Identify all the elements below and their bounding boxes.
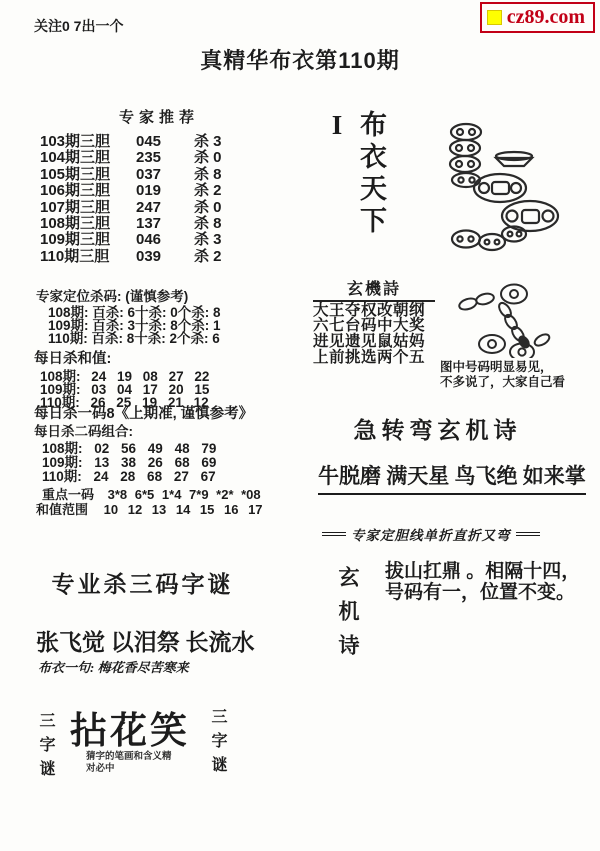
poem-line: 大王夺权改朝纲: [313, 303, 435, 318]
coin-figure-1: [444, 106, 560, 254]
buyi-sentence: 布衣一句: 梅花香尽苦寒来: [38, 657, 189, 676]
period-label: 107期三胆: [40, 200, 136, 216]
list-item: 110期: 24 28 68 27 67: [34, 470, 294, 484]
double-line-left: [322, 532, 346, 536]
sharp-turn-header: 急转弯玄机诗: [310, 412, 565, 445]
buyi-tianxia-vertical-title: 布衣天下I: [321, 110, 391, 270]
list-item: 108期: 02 56 49 48 79: [34, 442, 294, 456]
list-item: 108期: 百杀: 6十杀: 0个杀: 8: [36, 306, 296, 319]
table-row: 104期三胆 235 杀 0: [40, 150, 278, 166]
expert-recommend-rows: 103期三胆 045 杀 3 104期三胆 235 杀 0 105期三胆 037…: [40, 134, 278, 265]
table-row: 105期三胆 037 杀 8: [40, 167, 278, 183]
sum-range-line: 和值范围 10 12 13 14 15 16 17: [36, 499, 263, 518]
divider-text: 专家定胆线单折直折又弯: [351, 524, 511, 544]
figure-caption-line1: 图中号码明显易见，: [440, 360, 565, 375]
site-badge-text: cz89.com: [507, 6, 585, 29]
table-row: 107期三胆 247 杀 0: [40, 200, 278, 216]
dan-numbers: 137: [136, 216, 194, 232]
xuanji2-line1: 拔山扛鼎 。相隔十四，: [385, 561, 580, 582]
daily-kill-two-header: 每日杀二码组合:: [34, 420, 294, 440]
kill-value: 杀 0: [194, 150, 278, 166]
table-row: 110期三胆 039 杀 2: [40, 249, 278, 265]
dan-numbers: 019: [136, 183, 194, 199]
daily-kill-sum-section: 每日杀和值: 108期: 24 19 08 27 22 109期: 03 04 …: [34, 347, 294, 409]
kill-value: 杀 3: [194, 134, 278, 150]
table-row: 106期三胆 019 杀 2: [40, 183, 278, 199]
riddle-section-header: 专业杀三码字谜: [40, 566, 245, 599]
figure-caption: 图中号码明显易见， 不多说了，大家自己看: [440, 360, 565, 390]
dan-numbers: 046: [136, 232, 194, 248]
period-label: 109期三胆: [40, 232, 136, 248]
sharp-turn-line: 牛脱磨 满天星 鸟飞绝 如来掌: [318, 460, 586, 495]
dan-numbers: 039: [136, 249, 194, 265]
sum-range-value: 10 12 13 14 15 16 17: [104, 502, 263, 517]
table-row: 103期三胆 045 杀 3: [40, 134, 278, 150]
poem-line: 六七台码中大奖: [313, 318, 435, 333]
top-note: 关注0 7出一个: [34, 16, 123, 36]
expert-recommend-header: 专家推荐: [40, 106, 278, 127]
list-item: 109期: 百杀: 3十杀: 8个杀: 1: [36, 319, 296, 332]
dan-numbers: 235: [136, 150, 194, 166]
sum-range-label: 和值范围: [36, 502, 88, 517]
xuanji2-line2: 号码有一，位置不变。: [385, 582, 580, 603]
riddle-footnote: 猜字的笔画和含义精 对必中: [86, 751, 172, 775]
riddle-footnote-line1: 猜字的笔画和含义精: [86, 751, 172, 763]
list-item: 109期: 13 38 26 68 69: [34, 456, 294, 470]
dan-numbers: 037: [136, 167, 194, 183]
kill-value: 杀 8: [194, 216, 278, 232]
coin-figure-2: [452, 282, 564, 358]
figure-caption-line2: 不多说了，大家自己看: [440, 375, 565, 390]
xuanji2-text: 拔山扛鼎 。相隔十四， 号码有一，位置不变。: [385, 561, 580, 603]
period-label: 110期三胆: [40, 249, 136, 265]
daily-kill-sum-header: 每日杀和值:: [34, 347, 294, 368]
xuanji2-vertical-label: 玄机诗: [332, 566, 362, 686]
divider-line: 专家定胆线单折直折又弯: [322, 524, 584, 544]
double-line-right: [516, 532, 540, 536]
position-kill-section: 专家定位杀码: (谨慎参考) 108期: 百杀: 6十杀: 0个杀: 8 109…: [36, 290, 296, 345]
list-item: 110期: 百杀: 8十杀: 2个杀: 6: [36, 332, 296, 345]
site-badge[interactable]: cz89.com: [480, 2, 595, 33]
xuanji-poem-section: 玄機詩 大王夺权改朝纲 六七台码中大奖 进见遗见鼠姑妈 上前挑选两个五: [313, 276, 435, 366]
kill-value: 杀 0: [194, 200, 278, 216]
kill-value: 杀 2: [194, 183, 278, 199]
three-char-riddle-label-right: 三字谜: [206, 708, 229, 788]
poem-line: 进见遗见鼠姑妈: [313, 334, 435, 349]
lottery-sheet-page: 关注0 7出一个 cz89.com 真精华布衣第110期 专家推荐 103期三胆…: [0, 0, 600, 851]
page-title: 真精华布衣第110期: [0, 44, 600, 75]
kill-value: 杀 3: [194, 232, 278, 248]
kill-value: 杀 2: [194, 249, 278, 265]
table-row: 109期三胆 046 杀 3: [40, 232, 278, 248]
poem-line: 上前挑选两个五: [313, 350, 435, 365]
yellow-square-icon: [487, 10, 502, 25]
period-label: 103期三胆: [40, 134, 136, 150]
riddle-line: 张飞觉 以泪祭 长流水: [36, 624, 255, 657]
daily-kill-two-section: 每日杀二码组合: 108期: 02 56 49 48 79 109期: 13 3…: [34, 420, 294, 483]
period-label: 105期三胆: [40, 167, 136, 183]
position-kill-header: 专家定位杀码: (谨慎参考): [36, 290, 296, 304]
three-char-riddle-label-left: 三字谜: [34, 712, 57, 792]
xuanji-poem-header: 玄機詩: [313, 276, 435, 302]
table-row: 108期三胆 137 杀 8: [40, 216, 278, 232]
dan-numbers: 045: [136, 134, 194, 150]
period-label: 106期三胆: [40, 183, 136, 199]
expert-recommend-section: 专家推荐 103期三胆 045 杀 3 104期三胆 235 杀 0 105期三…: [40, 106, 278, 265]
dan-numbers: 247: [136, 200, 194, 216]
kill-value: 杀 8: [194, 167, 278, 183]
riddle-footnote-line2: 对必中: [86, 763, 172, 775]
period-label: 108期三胆: [40, 216, 136, 232]
three-char-riddle-answer: 拈花笑: [70, 700, 190, 754]
period-label: 104期三胆: [40, 150, 136, 166]
